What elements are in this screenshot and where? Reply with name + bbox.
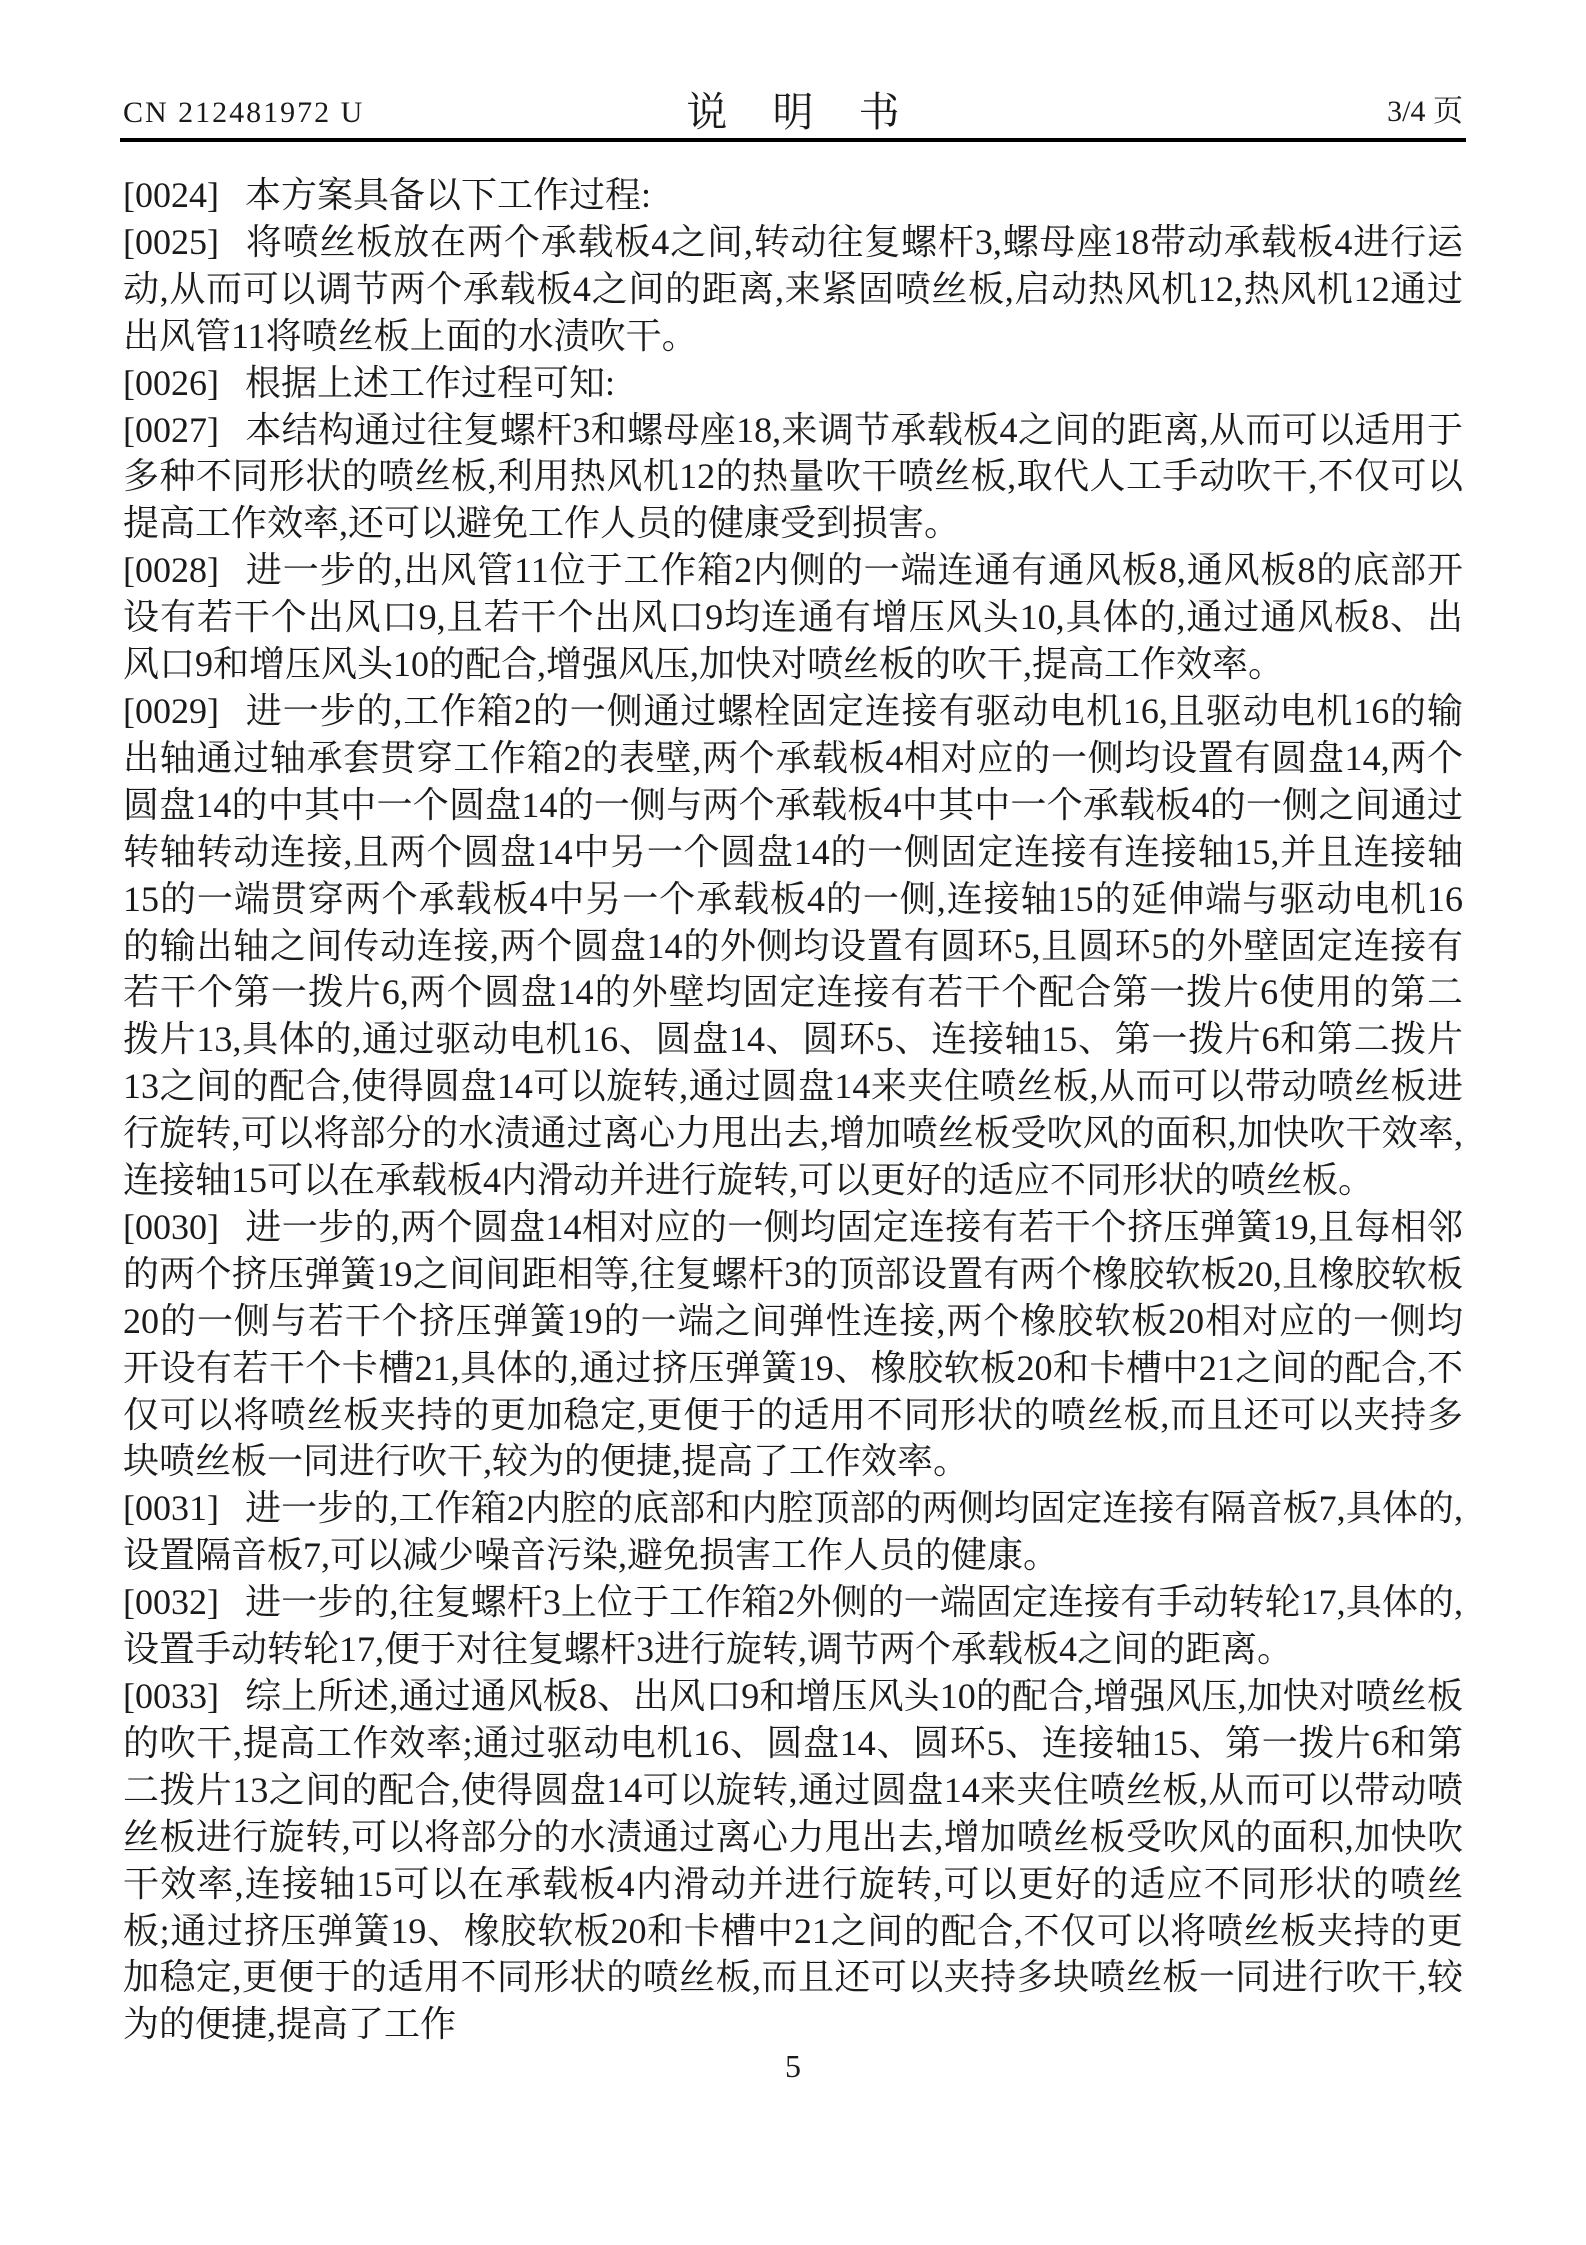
paragraph-0033: [0033]综上所述,通过通风板8、出风口9和增压风头10的配合,增强风压,加快… <box>123 1673 1463 2048</box>
paragraph-text: 综上所述,通过通风板8、出风口9和增压风头10的配合,增强风压,加快对喷丝板的吹… <box>123 1676 1463 2044</box>
specification-body: [0024]本方案具备以下工作过程: [0025]将喷丝板放在两个承载板4之间,… <box>123 172 1463 2048</box>
paragraph-text: 进一步的,出风管11位于工作箱2内侧的一端连通有通风板8,通风板8的底部开设有若… <box>123 550 1463 684</box>
paragraph-0026: [0026]根据上述工作过程可知: <box>123 360 1463 407</box>
document-title: 说明书 <box>641 79 944 138</box>
document-number: CN 212481972 U <box>123 96 364 130</box>
paragraph-number: [0029] <box>123 691 219 731</box>
paragraph-number: [0033] <box>123 1676 219 1716</box>
paragraph-0029: [0029]进一步的,工作箱2的一侧通过螺栓固定连接有驱动电机16,且驱动电机1… <box>123 688 1463 1204</box>
paragraph-text: 进一步的,往复螺杆3上位于工作箱2外侧的一端固定连接有手动转轮17,具体的,设置… <box>123 1582 1463 1669</box>
paragraph-text: 进一步的,两个圆盘14相对应的一侧均固定连接有若干个挤压弹簧19,且每相邻的两个… <box>123 1207 1463 1482</box>
paragraph-number: [0025] <box>123 222 219 262</box>
paragraph-text: 进一步的,工作箱2内腔的底部和内腔顶部的两侧均固定连接有隔音板7,具体的,设置隔… <box>123 1488 1463 1575</box>
paragraph-number: [0030] <box>123 1207 219 1247</box>
paragraph-number: [0032] <box>123 1582 219 1622</box>
paragraph-number: [0026] <box>123 363 219 403</box>
page-footer: 5 <box>0 2048 1586 2085</box>
paragraph-text: 本方案具备以下工作过程: <box>245 175 651 215</box>
paragraph-0032: [0032]进一步的,往复螺杆3上位于工作箱2外侧的一端固定连接有手动转轮17,… <box>123 1579 1463 1673</box>
paragraph-0030: [0030]进一步的,两个圆盘14相对应的一侧均固定连接有若干个挤压弹簧19,且… <box>123 1204 1463 1485</box>
page-number: 5 <box>785 2048 801 2084</box>
paragraph-text: 根据上述工作过程可知: <box>245 363 615 403</box>
paragraph-number: [0028] <box>123 550 219 590</box>
paragraph-0024: [0024]本方案具备以下工作过程: <box>123 172 1463 219</box>
paragraph-text: 本结构通过往复螺杆3和螺母座18,来调节承载板4之间的距离,从而可以适用于多种不… <box>123 410 1463 544</box>
page-indicator: 3/4 页 <box>1387 86 1463 130</box>
paragraph-number: [0031] <box>123 1488 219 1528</box>
paragraph-0028: [0028]进一步的,出风管11位于工作箱2内侧的一端连通有通风板8,通风板8的… <box>123 547 1463 688</box>
paragraph-text: 进一步的,工作箱2的一侧通过螺栓固定连接有驱动电机16,且驱动电机16的输出轴通… <box>123 691 1463 1200</box>
patent-specification-page: CN 212481972 U 说明书 3/4 页 [0024]本方案具备以下工作… <box>0 0 1586 2245</box>
paragraph-0025: [0025]将喷丝板放在两个承载板4之间,转动往复螺杆3,螺母座18带动承载板4… <box>123 219 1463 360</box>
paragraph-0027: [0027]本结构通过往复螺杆3和螺母座18,来调节承载板4之间的距离,从而可以… <box>123 407 1463 548</box>
page-header: CN 212481972 U 说明书 3/4 页 <box>123 0 1463 138</box>
paragraph-number: [0027] <box>123 410 219 450</box>
paragraph-number: [0024] <box>123 175 219 215</box>
paragraph-0031: [0031]进一步的,工作箱2内腔的底部和内腔顶部的两侧均固定连接有隔音板7,具… <box>123 1485 1463 1579</box>
paragraph-text: 将喷丝板放在两个承载板4之间,转动往复螺杆3,螺母座18带动承载板4进行运动,从… <box>123 222 1463 356</box>
header-rule <box>120 138 1466 142</box>
